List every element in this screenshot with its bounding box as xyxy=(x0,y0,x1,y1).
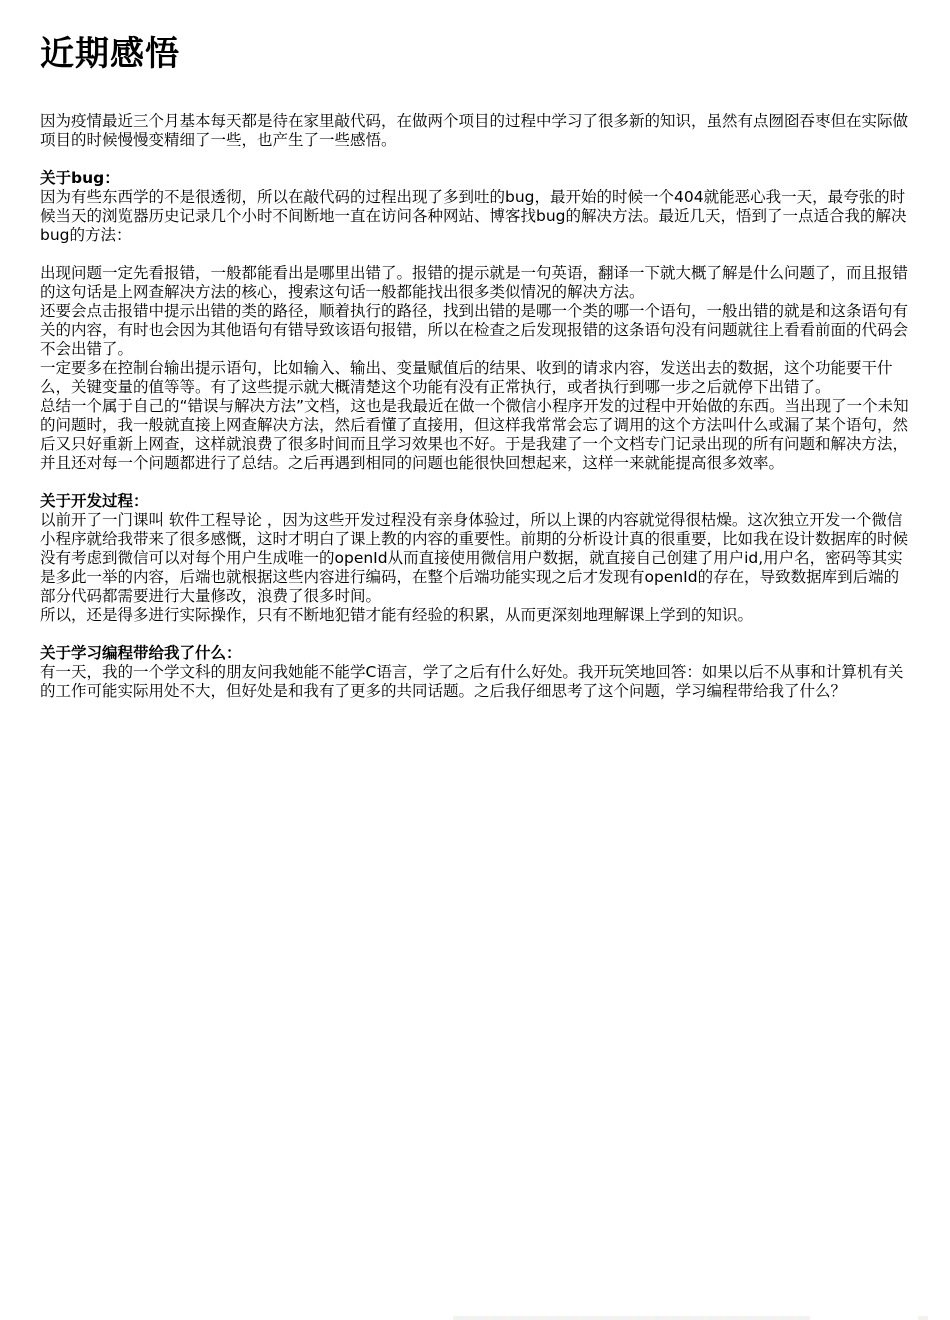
section-heading: 关于学习编程带给我了什么： xyxy=(40,644,910,663)
document-body: 因为疫情最近三个月基本每天都是待在家里敲代码，在做两个项目的过程中学习了很多新的… xyxy=(40,112,910,701)
paragraph-line: 以前开了一门课叫 软件工程导论 ，因为这些开发过程没有亲身体验过，所以上课的内容… xyxy=(40,511,910,606)
paragraph-block: 有一天，我的一个学文科的朋友问我她能不能学C语言，学了之后有什么好处。我开玩笑地… xyxy=(40,663,910,701)
paragraph-line: 因为有些东西学的不是很透彻，所以在敲代码的过程出现了多到吐的bug，最开始的时候… xyxy=(40,188,910,245)
section-what-coding-gave-me: 关于学习编程带给我了什么： 有一天，我的一个学文科的朋友问我她能不能学C语言，学… xyxy=(40,644,910,701)
section-dev-process: 关于开发过程： 以前开了一门课叫 软件工程导论 ，因为这些开发过程没有亲身体验过… xyxy=(40,492,910,625)
bottom-artifact-mark xyxy=(918,1316,928,1320)
paragraph-line: 总结一个属于自己的“错误与解决方法”文档，这也是我最近在做一个微信小程序开发的过… xyxy=(40,397,910,473)
paragraph-line: 出现问题一定先看报错，一般都能看出是哪里出错了。报错的提示就是一句英语，翻译一下… xyxy=(40,264,910,302)
section-heading: 关于bug： xyxy=(40,169,910,188)
paragraph-line: 还要会点击报错中提示出错的类的路径，顺着执行的路径，找到出错的是哪一个类的哪一个… xyxy=(40,302,910,359)
page-title: 近期感悟 xyxy=(40,34,910,74)
paragraph-line: 有一天，我的一个学文科的朋友问我她能不能学C语言，学了之后有什么好处。我开玩笑地… xyxy=(40,663,910,701)
paragraph-line: 所以，还是得多进行实际操作，只有不断地犯错才能有经验的积累，从而更深刻地理解课上… xyxy=(40,606,910,625)
intro-paragraph: 因为疫情最近三个月基本每天都是待在家里敲代码，在做两个项目的过程中学习了很多新的… xyxy=(40,112,910,150)
section-heading: 关于开发过程： xyxy=(40,492,910,511)
document-page: 近期感悟 因为疫情最近三个月基本每天都是待在家里敲代码，在做两个项目的过程中学习… xyxy=(0,0,950,701)
paragraph-block: 出现问题一定先看报错，一般都能看出是哪里出错了。报错的提示就是一句英语，翻译一下… xyxy=(40,264,910,473)
paragraph-block: 以前开了一门课叫 软件工程导论 ，因为这些开发过程没有亲身体验过，所以上课的内容… xyxy=(40,511,910,625)
paragraph-line: 一定要多在控制台输出提示语句，比如输入、输出、变量赋值后的结果、收到的请求内容，… xyxy=(40,359,910,397)
bottom-artifact-strip xyxy=(453,1316,810,1320)
section-about-bug: 关于bug： 因为有些东西学的不是很透彻，所以在敲代码的过程出现了多到吐的bug… xyxy=(40,169,910,473)
paragraph-block: 因为有些东西学的不是很透彻，所以在敲代码的过程出现了多到吐的bug，最开始的时候… xyxy=(40,188,910,245)
